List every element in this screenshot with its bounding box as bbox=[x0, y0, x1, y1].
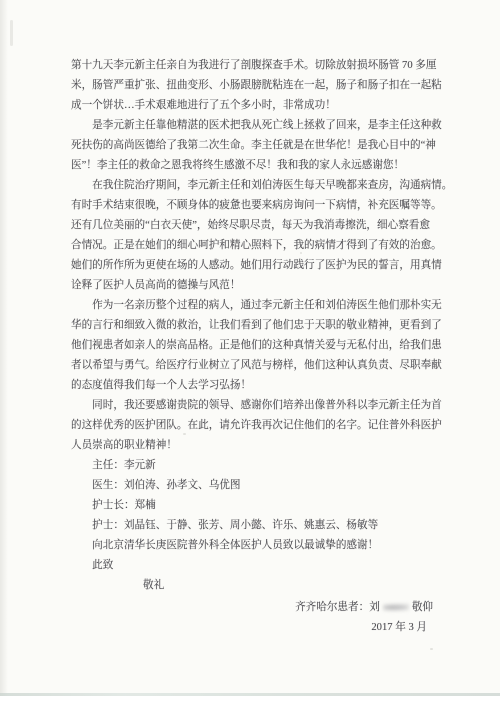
signature-date: 2017 年 3 月 bbox=[71, 618, 437, 638]
signature-prefix: 齐齐哈尔患者：刘 bbox=[295, 602, 380, 613]
scan-edge-left bbox=[0, 0, 8, 697]
letter-line: 诠释了医护人员高尚的德操与风范！ bbox=[71, 276, 437, 296]
letter-line: 人员崇高的职业精神！ bbox=[71, 436, 437, 456]
letter-line: 在我住院治疗期间，李元新主任和刘伯涛医生每天早晚都来查房，沟通病情。 bbox=[71, 176, 437, 196]
letter-line: 医生：刘伯涛、孙孝文、乌优图 bbox=[71, 476, 437, 496]
letter-line: 死扶伤的高尚医德给了我第二次生命。李主任就是在世华佗！是我心目中的“神 bbox=[71, 136, 437, 156]
letter-line: 作为一名亲历整个过程的病人，通过李元新主任和刘伯涛医生他们那朴实无 bbox=[71, 296, 437, 316]
scan-speck bbox=[300, 252, 302, 254]
closing-salute: 敬礼 bbox=[71, 576, 437, 596]
letter-line: 医”！李主任的救命之恩我将终生感激不尽！我和我的家人永远感谢您！ bbox=[71, 156, 437, 176]
letter-line: 合情况。正是在她们的细心呵护和精心照料下，我的病情才得到了有效的治愈。 bbox=[71, 236, 437, 256]
signature-line: 齐齐哈尔患者：刘敬仰 bbox=[71, 598, 437, 618]
letter-line: 她们的所作所为更使在场的人感动。她们用行动践行了医护为民的誓言，用真情 bbox=[71, 256, 437, 276]
letter-line: 向北京清华长庚医院普外科全体医护人员致以最诚挚的感谢！ bbox=[71, 536, 437, 556]
scan-speck bbox=[10, 20, 13, 46]
letter-line: 第十九天李元新主任亲自为我进行了剖腹探查手术。切除放射损坏肠管 70 多厘 bbox=[71, 56, 437, 76]
scan-speck bbox=[183, 433, 186, 435]
letter-line: 同时，我还要感谢贵院的领导、感谢你们培养出像普外科以李元新主任为首 bbox=[71, 396, 437, 416]
letter-line: 成一个饼状…手术艰难地进行了五个多小时，非常成功！ bbox=[71, 96, 437, 116]
signature-block: 齐齐哈尔患者：刘敬仰 2017 年 3 月 bbox=[71, 598, 437, 638]
scan-speck bbox=[430, 648, 433, 650]
letter-line: 主任：李元新 bbox=[71, 456, 437, 476]
letter-line: 有时手术结束很晚，不顾身体的疲惫也要来病房询问一下病情，补充医嘱等等。 bbox=[71, 196, 437, 216]
letter-line: 的这样优秀的医护团队。在此，请允许我再次记住他们的名字。记住普外科医护 bbox=[71, 416, 437, 436]
letter-line: 华的言行和细致入微的救治，让我们看到了他们忠于天职的敬业精神，更看到了 bbox=[71, 316, 437, 336]
letter-line: 此致 bbox=[71, 556, 437, 576]
letter-line: 还有几位美丽的“白衣天使”，始终尽职尽责，每天为我消毒擦洗，细心察看愈 bbox=[71, 216, 437, 236]
scanned-letter-page: 第十九天李元新主任亲自为我进行了剖腹探查手术。切除放射损坏肠管 70 多厘米，肠… bbox=[0, 0, 500, 697]
letter-line: 的态度值得我们每一个人去学习弘扬！ bbox=[71, 376, 437, 396]
letter-line: 他们视患者如亲人的崇高品格。正是他们的这种真情关爱与无私付出，给我们患 bbox=[71, 336, 437, 356]
letter-line: 护士长：郑楠 bbox=[71, 496, 437, 516]
letter-body: 第十九天李元新主任亲自为我进行了剖腹探查手术。切除放射损坏肠管 70 多厘米，肠… bbox=[71, 56, 437, 638]
letter-line: 米，肠管严重扩张、扭曲变形、小肠跟膀胱粘连在一起，肠子和肠子扣在一起粘 bbox=[71, 76, 437, 96]
letter-line: 是李元新主任靠他精湛的医术把我从死亡线上拯救了回来，是李主任这种救 bbox=[71, 116, 437, 136]
signature-suffix: 敬仰 bbox=[412, 602, 433, 613]
redacted-name-smudge bbox=[383, 603, 409, 612]
letter-line: 护士：刘晶钰、于静、张芳、周小懿、许乐、姚惠云、杨敏等 bbox=[71, 516, 437, 536]
letter-line: 者以希望与勇气。给医疗行业树立了风范与榜样，他们这种认真负责、尽职奉献 bbox=[71, 356, 437, 376]
letter-lines: 第十九天李元新主任亲自为我进行了剖腹探查手术。切除放射损坏肠管 70 多厘米，肠… bbox=[71, 56, 437, 576]
scan-background-below-paper bbox=[0, 696, 500, 707]
